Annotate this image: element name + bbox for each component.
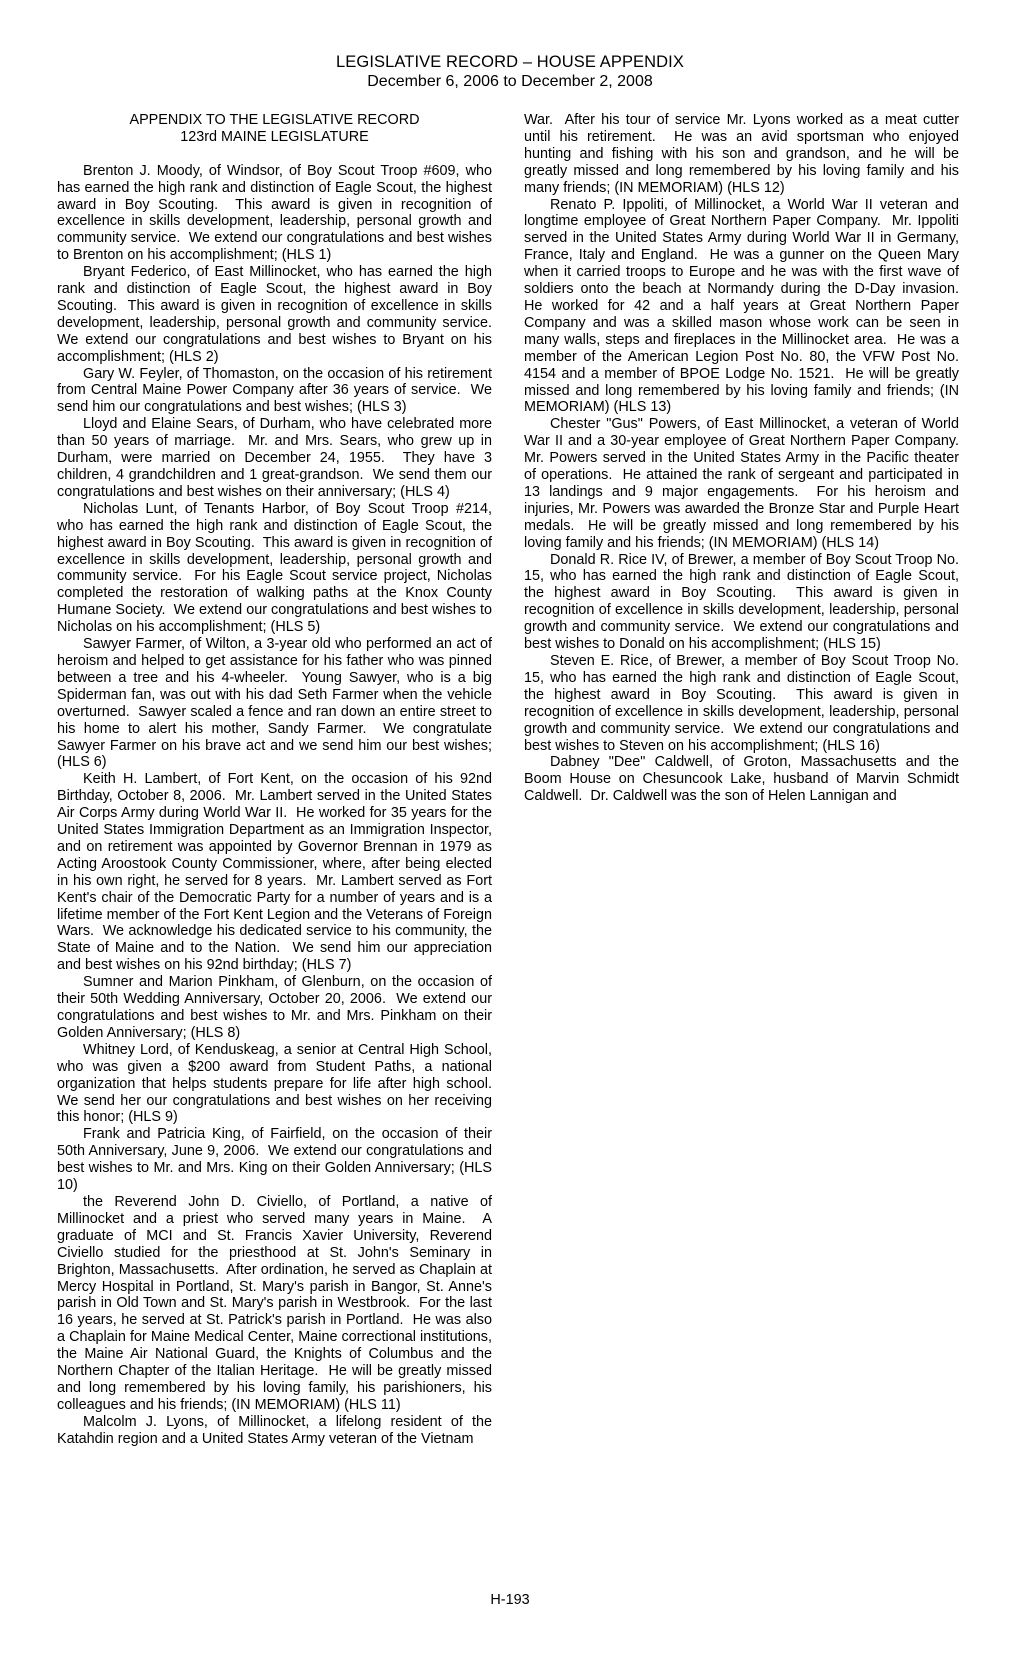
paragraph-hls-9: Whitney Lord, of Kenduskeag, a senior at… bbox=[57, 1042, 492, 1127]
page-footer: H-193 bbox=[0, 1592, 1020, 1609]
page-number: H-193 bbox=[490, 1592, 529, 1608]
right-column: War. After his tour of service Mr. Lyons… bbox=[524, 112, 959, 805]
page-header: LEGISLATIVE RECORD – HOUSE APPENDIX Dece… bbox=[0, 0, 1020, 91]
paragraph-hls-2: Bryant Federico, of East Millinocket, wh… bbox=[57, 264, 492, 365]
document-page: { "header": { "title": "LEGISLATIVE RECO… bbox=[0, 0, 1020, 1680]
paragraph-hls-12-start: Malcolm J. Lyons, of Millinocket, a life… bbox=[57, 1414, 492, 1448]
two-column-body: APPENDIX TO THE LEGISLATIVE RECORD 123rd… bbox=[0, 112, 1020, 1448]
paragraph-hls-16: Steven E. Rice, of Brewer, a member of B… bbox=[524, 653, 959, 754]
paragraph-hls-3: Gary W. Feyler, of Thomaston, on the occ… bbox=[57, 366, 492, 417]
paragraph-hls-1: Brenton J. Moody, of Windsor, of Boy Sco… bbox=[57, 163, 492, 264]
paragraph-hls-15: Donald R. Rice IV, of Brewer, a member o… bbox=[524, 552, 959, 653]
left-column: APPENDIX TO THE LEGISLATIVE RECORD 123rd… bbox=[57, 112, 492, 1448]
paragraph-hls-13: Renato P. Ippoliti, of Millinocket, a Wo… bbox=[524, 197, 959, 417]
paragraph-hls-4: Lloyd and Elaine Sears, of Durham, who h… bbox=[57, 416, 492, 501]
paragraph-hls-11: the Reverend John D. Civiello, of Portla… bbox=[57, 1194, 492, 1414]
paragraph-hls-10: Frank and Patricia King, of Fairfield, o… bbox=[57, 1126, 492, 1194]
paragraph-hls-12-continued: War. After his tour of service Mr. Lyons… bbox=[524, 112, 959, 197]
document-title: LEGISLATIVE RECORD – HOUSE APPENDIX bbox=[0, 53, 1020, 72]
appendix-heading-line-2: 123rd MAINE LEGISLATURE bbox=[57, 129, 492, 146]
paragraph-hls-6: Sawyer Farmer, of Wilton, a 3-year old w… bbox=[57, 636, 492, 771]
paragraph-hls-7: Keith H. Lambert, of Fort Kent, on the o… bbox=[57, 771, 492, 974]
paragraph-hls-14: Chester "Gus" Powers, of East Millinocke… bbox=[524, 416, 959, 551]
document-date-range: December 6, 2006 to December 2, 2008 bbox=[0, 72, 1020, 91]
appendix-heading-line-1: APPENDIX TO THE LEGISLATIVE RECORD bbox=[57, 112, 492, 129]
paragraph-hls-17: Dabney "Dee" Caldwell, of Groton, Massac… bbox=[524, 754, 959, 805]
heading-spacer bbox=[57, 146, 492, 163]
paragraph-hls-8: Sumner and Marion Pinkham, of Glenburn, … bbox=[57, 974, 492, 1042]
paragraph-hls-5: Nicholas Lunt, of Tenants Harbor, of Boy… bbox=[57, 501, 492, 636]
